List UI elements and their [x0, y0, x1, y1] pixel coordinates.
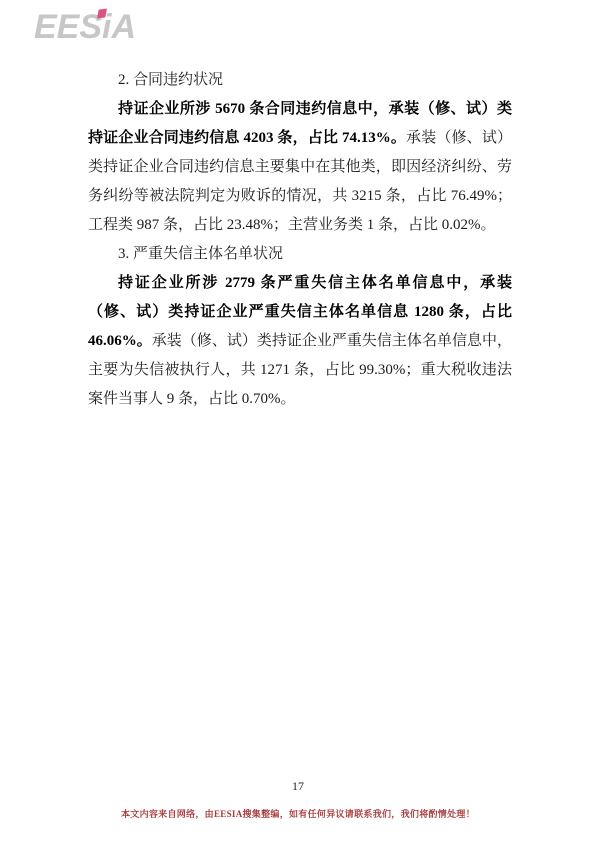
page-number: 17 — [0, 779, 596, 794]
section-heading-contract-breach: 2. 合同违约状况 — [88, 66, 512, 95]
eesia-logo-text: EESiA — [34, 8, 136, 46]
paragraph-contract-breach: 持证企业所涉 5670 条合同违约信息中，承装（修、试）类持证企业合同违约信息 … — [88, 95, 512, 240]
paragraph-dishonesty-list: 持证企业所涉 2779 条严重失信主体名单信息中，承装（修、试）类持证企业严重失… — [88, 269, 512, 414]
document-body: 2. 合同违约状况 持证企业所涉 5670 条合同违约信息中，承装（修、试）类持… — [88, 66, 512, 414]
footer-disclaimer: 本文内容来自网络，由EESIA搜集整编，如有任何异议请联系我们，我们将酌情处理！ — [0, 807, 596, 820]
dishonesty-list-normal-text: 承装（修、试）类持证企业严重失信主体名单信息中，主要为失信被执行人，共 1271… — [88, 333, 512, 407]
eesia-logo: EESiA — [34, 6, 136, 48]
section-heading-dishonesty-list: 3. 严重失信主体名单状况 — [88, 240, 512, 269]
document-page: EESiA 2. 合同违约状况 持证企业所涉 5670 条合同违约信息中，承装（… — [0, 0, 596, 842]
